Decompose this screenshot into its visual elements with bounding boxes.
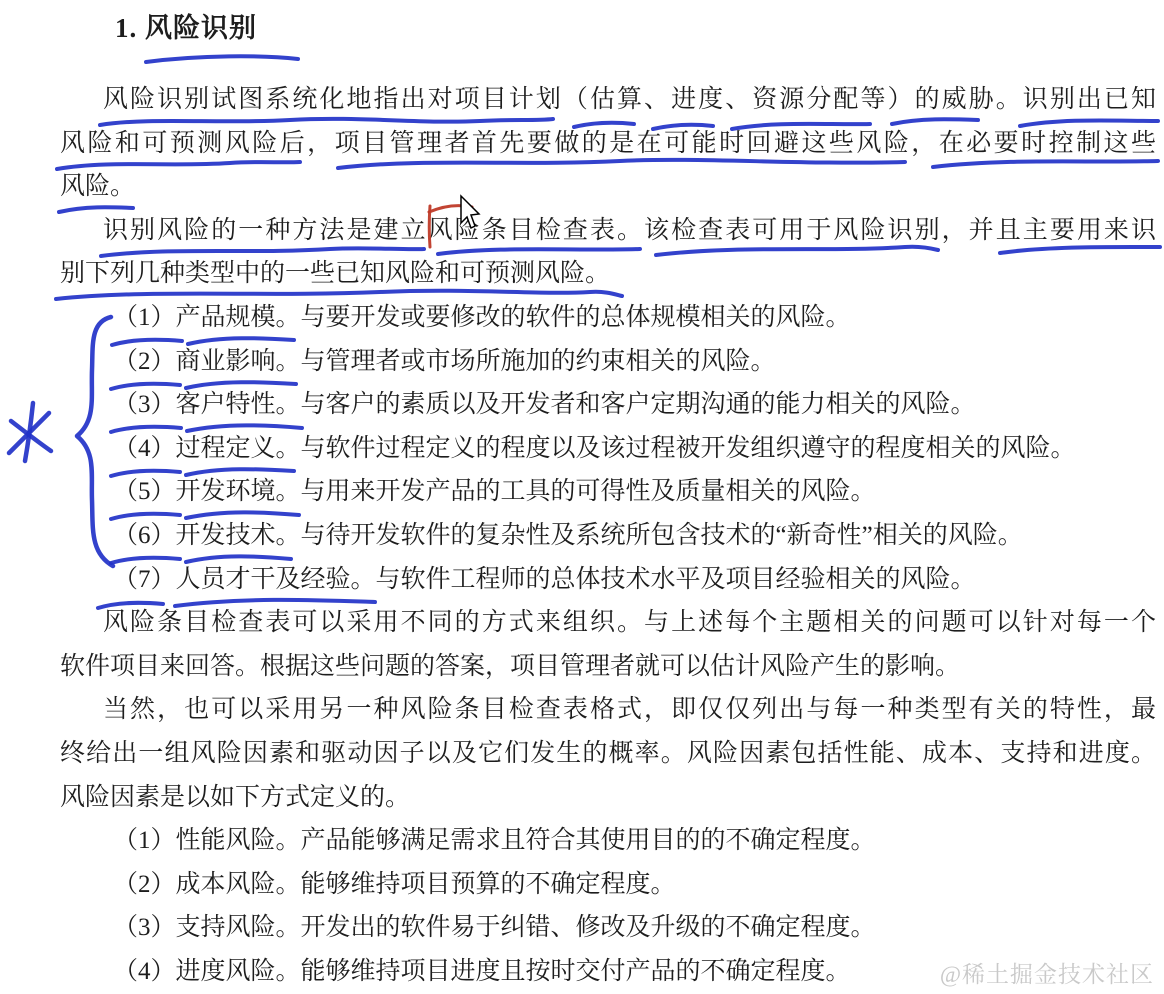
text-line: 风险条目检查表可以采用不同的方式来组织。与上述每个主题相关的问题可以针对每一个 — [60, 601, 1156, 645]
list-item: （6）开发技术。与待开发软件的复杂性及系统所包含技术的“新奇性”相关的风险。 — [60, 514, 1156, 558]
asterisk-mark — [9, 403, 51, 461]
text-line: 当然，也可以采用另一种风险条目检查表格式，即仅仅列出与每一种类型有关的特性，最 — [60, 688, 1156, 732]
list-item: （1）产品规模。与要开发或要修改的软件的总体规模相关的风险。 — [60, 296, 1156, 340]
list-item: （2）成本风险。能够维持项目预算的不确定程度。 — [60, 863, 1156, 907]
text-line: 风险识别试图系统化地指出对项目计划（估算、进度、资源分配等）的威胁。识别出已知 — [60, 78, 1156, 122]
list-item: （1）性能风险。产品能够满足需求且符合其使用目的的不确定程度。 — [60, 819, 1156, 863]
section-title: 1. 风险识别 — [115, 10, 1156, 46]
text-line: 识别风险的一种方法是建立风险条目检查表。该检查表可用于风险识别，并且主要用来识 — [60, 209, 1156, 253]
list-item: （2）商业影响。与管理者或市场所施加的约束相关的风险。 — [60, 340, 1156, 384]
list-item: （3）支持风险。开发出的软件易于纠错、修改及升级的不确定程度。 — [60, 906, 1156, 950]
document-content: 1. 风险识别 风险识别试图系统化地指出对项目计划（估算、进度、资源分配等）的威… — [60, 10, 1156, 993]
text-line: 别下列几种类型中的一些已知风险和可预测风险。 — [60, 252, 1156, 296]
list-item: （4）过程定义。与软件过程定义的程度以及该过程被开发组织遵守的程度相关的风险。 — [60, 427, 1156, 471]
document-page: 1. 风险识别 风险识别试图系统化地指出对项目计划（估算、进度、资源分配等）的威… — [0, 0, 1164, 994]
text-line: 软件项目来回答。根据这些问题的答案，项目管理者就可以估计风险产生的影响。 — [60, 645, 1156, 689]
watermark: @稀土掘金技术社区 — [940, 956, 1154, 989]
asterisk-stroke — [25, 403, 33, 461]
asterisk-stroke — [9, 413, 49, 453]
text-line: 风险。 — [60, 165, 1156, 209]
list-item: （7）人员才干及经验。与软件工程师的总体技术水平及项目经验相关的风险。 — [60, 558, 1156, 602]
text-line: 风险因素是以如下方式定义的。 — [60, 776, 1156, 820]
text-line: 风险和可预测风险后，项目管理者首先要做的是在可能时回避这些风险，在必要时控制这些 — [60, 122, 1156, 166]
text-line: 终给出一组风险因素和驱动因子以及它们发生的概率。风险因素包括性能、成本、支持和进… — [60, 732, 1156, 776]
list-item: （3）客户特性。与客户的素质以及开发者和客户定期沟通的能力相关的风险。 — [60, 383, 1156, 427]
asterisk-stroke — [11, 421, 51, 451]
list-item: （5）开发环境。与用来开发产品的工具的可得性及质量相关的风险。 — [60, 470, 1156, 514]
